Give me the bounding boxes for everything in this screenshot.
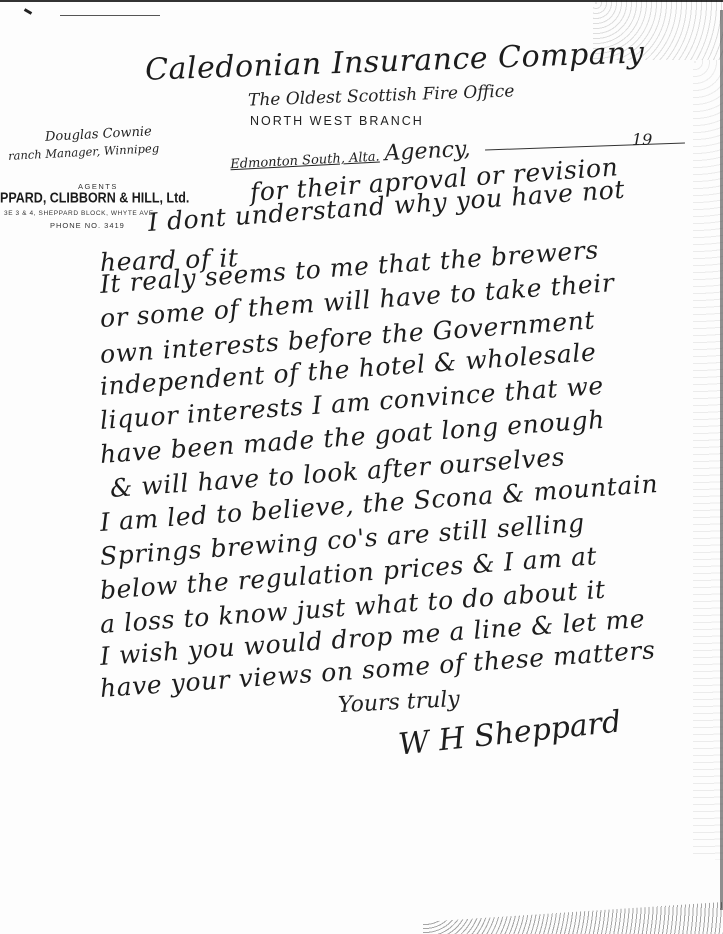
company-name: Caledonian Insurance Company <box>145 35 645 87</box>
scan-dash <box>60 15 160 16</box>
scan-noise-bottom-right <box>423 894 723 934</box>
date-line <box>485 143 685 151</box>
agents-phone: PHONE NO. 3419 <box>50 221 125 230</box>
agency-place: Edmonton South, Alta. <box>230 149 380 172</box>
scan-mark <box>24 8 32 15</box>
agency-word: Agency, <box>384 137 471 166</box>
manager-title: ranch Manager, Winnipeg <box>8 141 160 163</box>
agents-address: 3E 3 & 4, SHEPPARD BLOCK, WHYTE AVE. <box>4 210 156 217</box>
branch-name: NORTH WEST BRANCH <box>250 114 424 128</box>
company-motto: The Oldest Scottish Fire Office <box>248 81 515 110</box>
year-prefix: 19 <box>632 130 652 149</box>
agents-name: PPARD, CLIBBORN & HILL, Ltd. <box>0 190 189 206</box>
closing: Yours truly <box>337 687 460 718</box>
scan-noise-right <box>693 60 723 860</box>
